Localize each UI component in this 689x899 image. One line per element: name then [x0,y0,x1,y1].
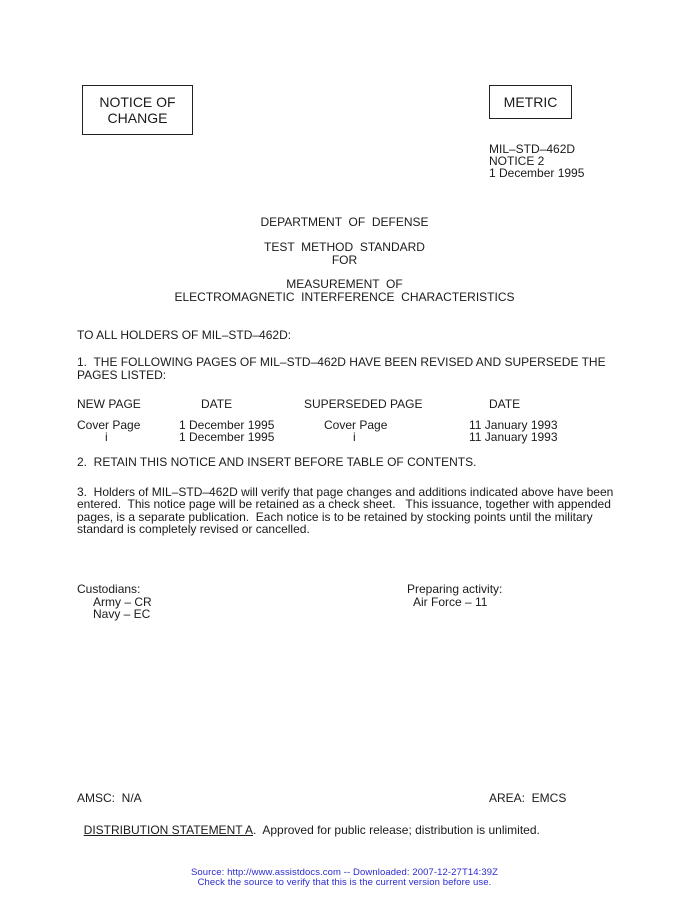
salutation: TO ALL HOLDERS OF MIL–STD–462D: [77,329,291,342]
preparing-activity-value: Air Force – 11 [413,596,487,609]
metric-box: METRIC [489,85,572,119]
department-heading: DEPARTMENT OF DEFENSE [0,216,689,229]
item-1-line2: PAGES LISTED: [77,369,166,382]
item-2: 2. RETAIN THIS NOTICE AND INSERT BEFORE … [77,456,476,469]
table-cell: 1 December 1995 [179,431,274,444]
subject-heading-line2: ELECTROMAGNETIC INTERFERENCE CHARACTERIS… [0,291,689,304]
source-line-2: Check the source to verify that this is … [0,878,689,888]
notice-of-change-line2: CHANGE [83,110,192,126]
table-cell: Cover Page [77,419,140,432]
distribution-statement: DISTRIBUTION STATEMENT A. Approved for p… [77,811,540,837]
table-cell: i [105,431,108,444]
area: AREA: EMCS [489,792,566,805]
item-3-line4: standard is completely revised or cancel… [77,523,310,536]
table-cell: i [353,431,356,444]
table-header-new-page: NEW PAGE [77,398,141,411]
table-header-date-superseded: DATE [489,398,520,411]
distribution-statement-text: . Approved for public release; distribut… [253,823,540,837]
table-cell: Cover Page [324,419,387,432]
notice-date: 1 December 1995 [489,167,584,180]
custodian-navy: Navy – EC [93,608,150,621]
table-cell: 11 January 1993 [469,431,558,444]
table-header-date: DATE [201,398,232,411]
standard-heading-line2: FOR [0,254,689,267]
notice-of-change-line1: NOTICE OF [83,94,192,110]
notice-of-change-box: NOTICE OF CHANGE [82,85,193,135]
table-header-superseded-page: SUPERSEDED PAGE [304,398,422,411]
amsc: AMSC: N/A [77,792,142,805]
metric-label: METRIC [490,86,571,110]
distribution-statement-label: DISTRIBUTION STATEMENT A [84,823,253,837]
